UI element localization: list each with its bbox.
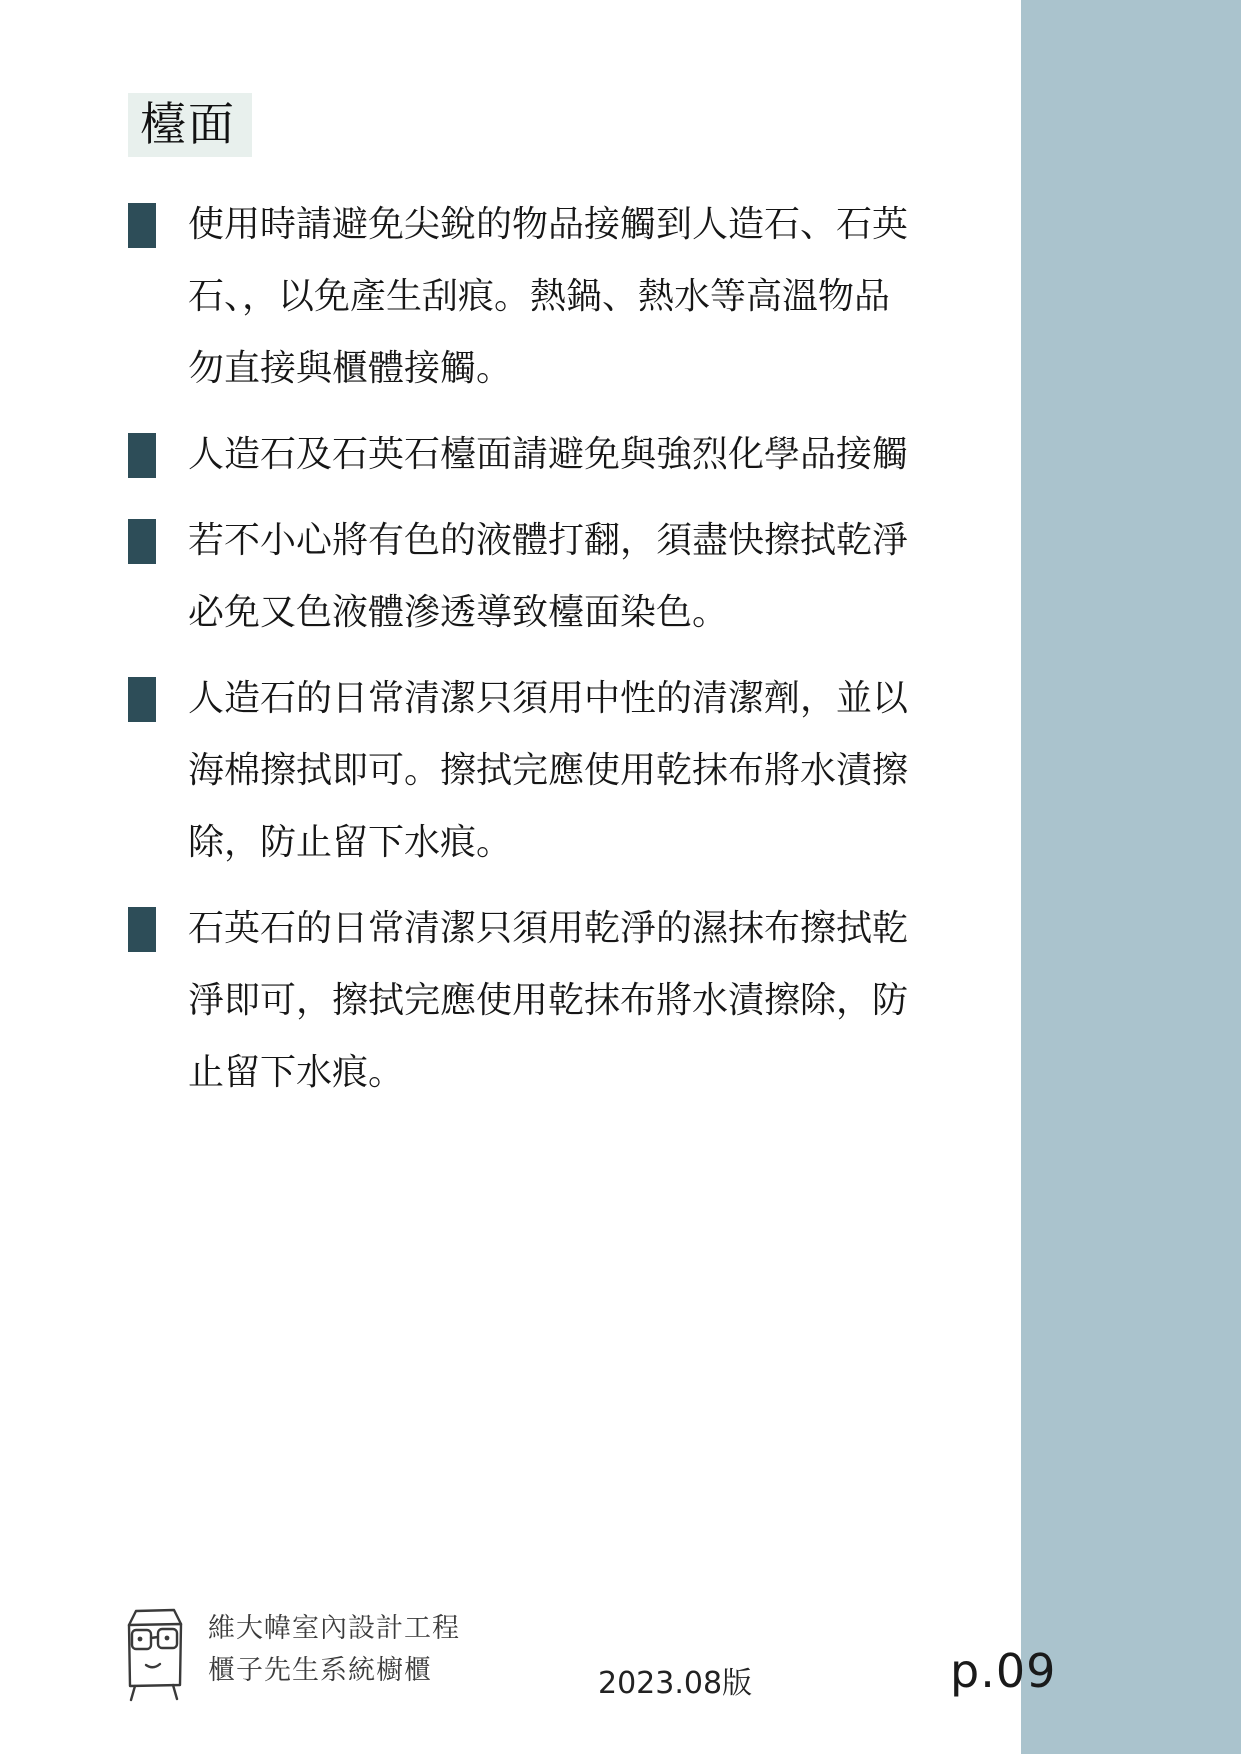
bullet-text-line: 石英石的日常清潔只須用乾淨的濕抹布擦拭乾 (188, 893, 908, 965)
bullet-square-marker (128, 677, 156, 722)
bullet-list: 使用時請避免尖銳的物品接觸到人造石、石英 石、，以免產生刮痕。熱鍋、熱水等高溫物… (128, 189, 1021, 1109)
cabinet-mascot-icon (122, 1608, 188, 1702)
bullet-text-line: 人造石及石英石檯面請避免與強烈化學品接觸 (188, 419, 908, 491)
page-title: 檯面 (128, 93, 252, 157)
company-name-line-1: 維大幃室內設計工程 (208, 1608, 460, 1650)
bullet-item: 若不小心將有色的液體打翻，須盡快擦拭乾淨 必免又色液體滲透導致檯面染色。 (128, 505, 1021, 649)
bullet-item: 石英石的日常清潔只須用乾淨的濕抹布擦拭乾 淨即可，擦拭完應使用乾抹布將水漬擦除，… (128, 893, 1021, 1109)
right-accent-bar (1021, 0, 1241, 1754)
bullet-text-line: 除，防止留下水痕。 (188, 807, 908, 879)
bullet-square-marker (128, 519, 156, 564)
company-name: 維大幃室內設計工程 櫃子先生系統櫥櫃 (208, 1608, 460, 1692)
bullet-text-line: 使用時請避免尖銳的物品接觸到人造石、石英 (188, 189, 908, 261)
page-content: 檯面 使用時請避免尖銳的物品接觸到人造石、石英 石、，以免產生刮痕。熱鍋、熱水等… (0, 0, 1021, 1123)
company-name-line-2: 櫃子先生系統櫥櫃 (208, 1650, 460, 1692)
bullet-item: 人造石的日常清潔只須用中性的清潔劑，並以 海棉擦拭即可。擦拭完應使用乾抹布將水漬… (128, 663, 1021, 879)
bullet-text-line: 淨即可，擦拭完應使用乾抹布將水漬擦除，防 (188, 965, 908, 1037)
bullet-item: 使用時請避免尖銳的物品接觸到人造石、石英 石、，以免產生刮痕。熱鍋、熱水等高溫物… (128, 189, 1021, 405)
bullet-text-line: 必免又色液體滲透導致檯面染色。 (188, 577, 908, 649)
bullet-item: 人造石及石英石檯面請避免與強烈化學品接觸 (128, 419, 1021, 491)
bullet-square-marker (128, 433, 156, 478)
version-text: 2023.08版 (598, 1658, 752, 1702)
bullet-square-marker (128, 907, 156, 952)
bullet-text-line: 人造石的日常清潔只須用中性的清潔劑，並以 (188, 663, 908, 735)
bullet-text-line: 石、，以免產生刮痕。熱鍋、熱水等高溫物品 (188, 261, 908, 333)
bullet-text-line: 海棉擦拭即可。擦拭完應使用乾抹布將水漬擦 (188, 735, 908, 807)
bullet-text-line: 若不小心將有色的液體打翻，須盡快擦拭乾淨 (188, 505, 908, 577)
bullet-text-line: 止留下水痕。 (188, 1037, 908, 1109)
bullet-text-line: 勿直接與櫃體接觸。 (188, 333, 908, 405)
document-page: 檯面 使用時請避免尖銳的物品接觸到人造石、石英 石、，以免產生刮痕。熱鍋、熱水等… (0, 0, 1241, 1754)
bullet-square-marker (128, 203, 156, 248)
